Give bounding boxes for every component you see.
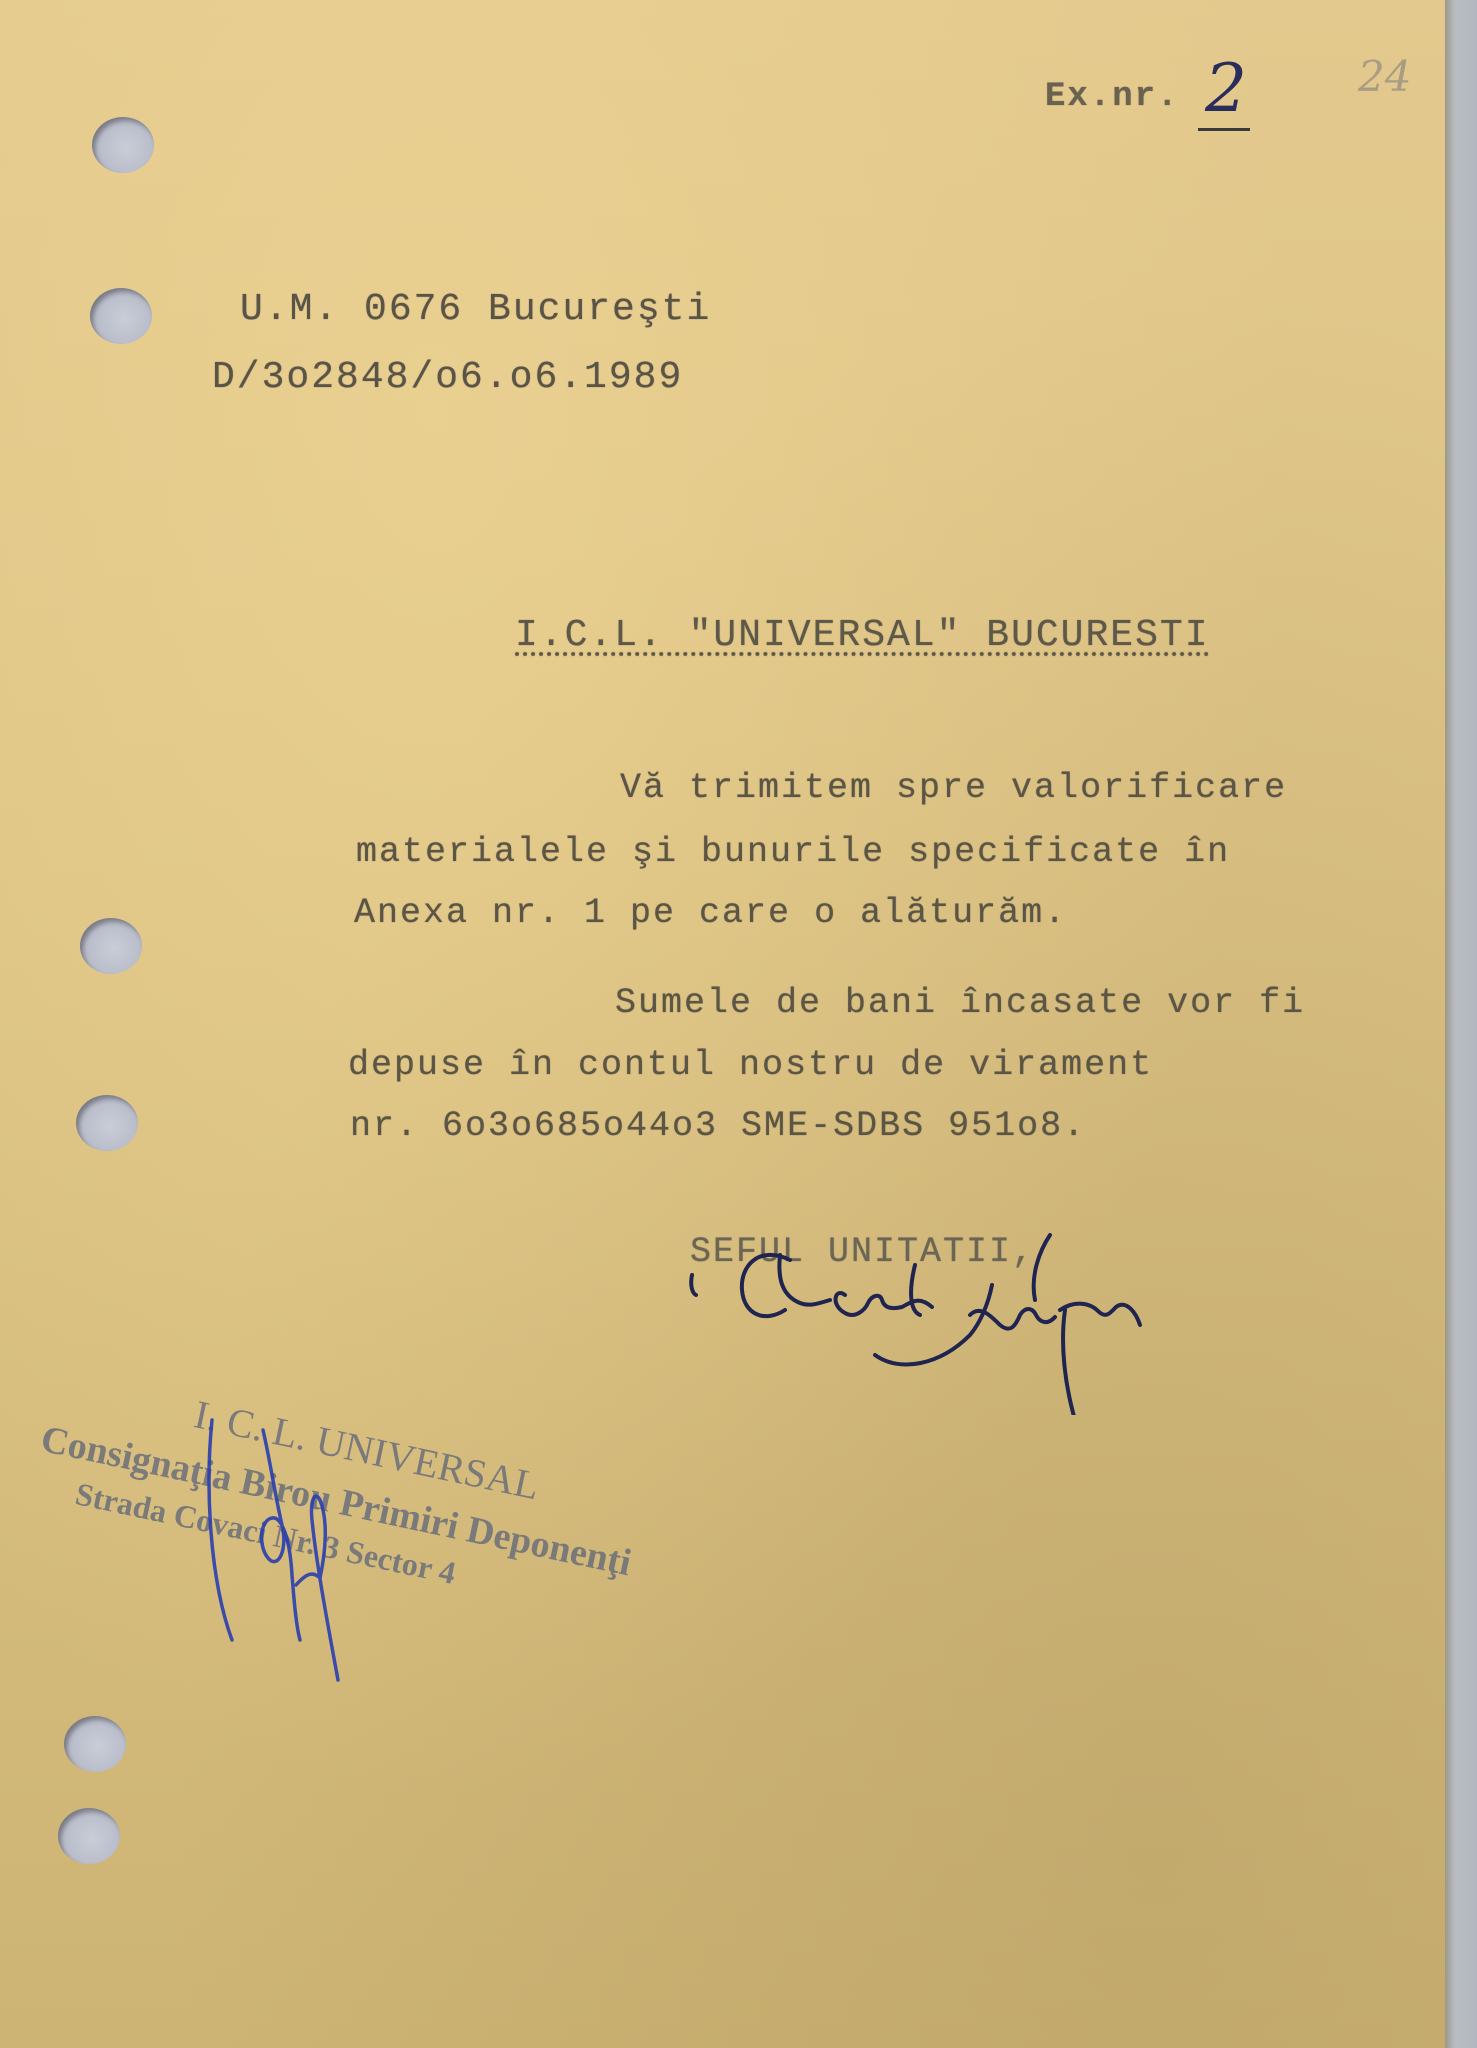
sender-unit: U.M. 0676 Bucureşti [240,288,711,331]
body-line: depuse în contul nostru de virament [348,1045,1153,1085]
copy-number-handwritten: 2 [1205,50,1247,127]
rubber-stamp: I. C. L. UNIVERSAL Consignaţia Birou Pri… [20,1400,660,1700]
body-line: Sumele de bani încasate vor fi [615,983,1305,1023]
punch-hole [80,918,142,974]
paper-sheet [0,0,1445,2048]
punch-hole [58,1808,120,1864]
recipient-heading: I.C.L. "UNIVERSAL" BUCURESTI [515,614,1210,657]
punch-hole [92,117,154,173]
body-line: nr. 6o3o685o44o3 SME-SDBS 951o8. [350,1106,1086,1146]
punch-hole [76,1095,138,1151]
punch-hole [64,1716,126,1772]
body-line: Anexa nr. 1 pe care o alăturăm. [354,893,1067,933]
scan-background-edge [1445,0,1477,2048]
sender-reference: D/3o2848/o6.o6.1989 [212,356,683,399]
body-line: Vă trimitem spre valorificare [620,768,1287,808]
pencil-page-number: 24 [1358,52,1411,101]
punch-hole [90,288,152,344]
body-line: materialele şi bunurile specificate în [356,832,1230,872]
handwritten-signature [670,1215,1190,1415]
copy-number-label: Ex.nr. [1045,78,1179,116]
copy-number-underline [1198,128,1250,131]
